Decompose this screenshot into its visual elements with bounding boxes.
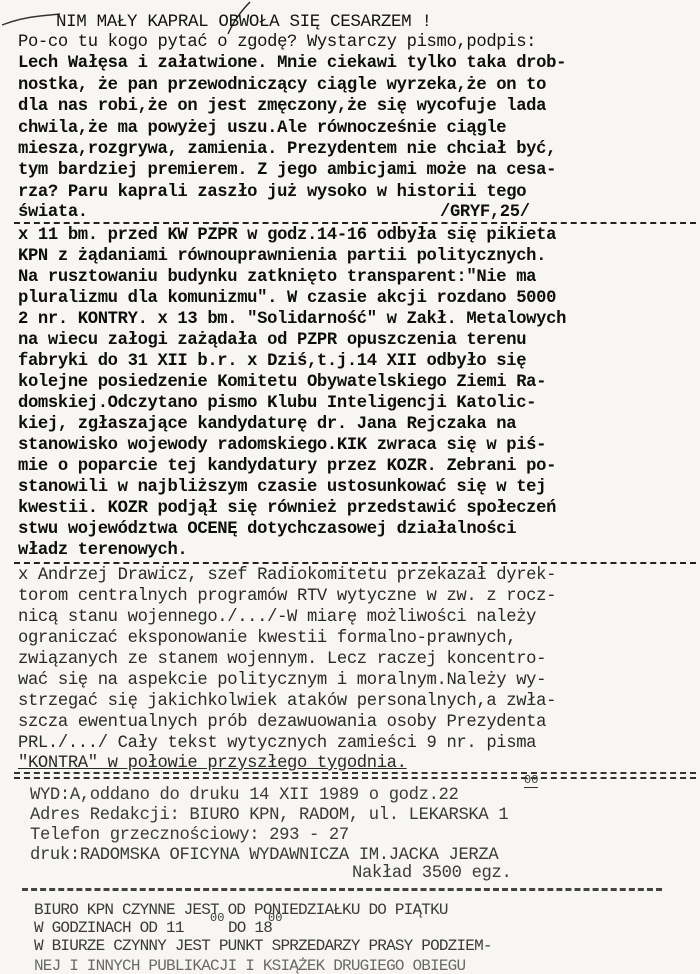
- document-title: NIM MAŁY KAPRAL OBWOŁA SIĘ CESARZEM !: [56, 12, 432, 32]
- text-line: pluralizmu dla komunizmu". W czasie akcj…: [18, 289, 556, 309]
- text-line: chwila,że ma powyżej uszu.Ale równocześn…: [18, 119, 506, 139]
- text-line: "KONTRA" w połowie przyszłego tygodnia.: [18, 754, 407, 774]
- text-line: ograniczać eksponowanie kwestii formalno…: [18, 629, 516, 649]
- text-line: stanowisko wojewody radomskiego.KIK zwra…: [18, 436, 546, 456]
- circulation-line: Nakład 3500 egz.: [352, 864, 511, 884]
- sales-line: NEJ I INNYCH PUBLIKACJI I KSIĄŻEK DRUGIE…: [34, 956, 465, 974]
- text-line: tym bardziej premierem. Z jego ambicjami…: [18, 161, 556, 181]
- signature: /GRYF,25/: [440, 203, 530, 223]
- office-hours-line: BIURO KPN CZYNNE JEST OD PONIEDZIAŁKU DO…: [34, 900, 448, 920]
- text-line: mie o poparcie tej kandydatury przez KOZ…: [18, 457, 556, 477]
- text-line: Lech Wałęsa i załatwione. Mnie ciekawi t…: [18, 54, 566, 74]
- text-line: Na rusztowaniu budynku zatknięto transpa…: [18, 268, 536, 288]
- text-line: PRL./.../ Cały tekst wytycznych zamieści…: [18, 734, 536, 754]
- text-line: kwestii. KOZR podjął się również przedst…: [18, 499, 556, 519]
- text-line: fabryki do 31 XII b.r. x Dziś,t.j.14 XII…: [18, 352, 526, 372]
- text-line: szcza ewentualnych prób dezawuowania oso…: [18, 713, 546, 733]
- separator-double: [14, 772, 696, 779]
- sales-line: W BIURZE CZYNNY JEST PUNKT SPRZEDARZY PR…: [34, 936, 492, 956]
- text-line: wać się na aspekcie politycznym i moraln…: [18, 671, 546, 691]
- text-line: 2 nr. KONTRY. x 13 bm. "Solidarność" w Z…: [18, 310, 566, 330]
- text-line: Po-co tu kogo pytać o zgodę? Wystarczy p…: [18, 33, 536, 53]
- text-line: miesza,rozgrywa, zamienia. Prezydentem n…: [18, 140, 556, 160]
- text-line: dla nas robi,że on jest zmęczony,że się …: [18, 97, 546, 117]
- separator: [22, 888, 662, 891]
- text-line: domskiej.Odczytano pismo Klubu Inteligen…: [18, 394, 536, 414]
- text-line: rza? Paru kaprali zaszło już wysoko w hi…: [18, 183, 526, 203]
- hours-to-minutes: 00: [268, 912, 282, 924]
- text-line: stwu województwa OCENĘ dotychczasowej dz…: [18, 520, 516, 540]
- text-line: związanych ze stanem wojennym. Lecz racz…: [18, 650, 546, 670]
- text-line: na wiecu załogi zażądała od PZPR opuszcz…: [18, 331, 526, 351]
- text-line: KPN z żądaniami równouprawnienia partii …: [18, 247, 546, 267]
- text-line: strzegać się jakichkolwiek ataków person…: [18, 692, 556, 712]
- text-line: x 11 bm. przed KW PZPR w godz.14-16 odby…: [18, 226, 556, 246]
- text-line: kiej, zgłaszające kandydaturę dr. Jana R…: [18, 415, 516, 435]
- phone-line: Telefon grzecznościowy: 293 - 27: [30, 826, 349, 846]
- office-hours-line: DO 18: [228, 918, 272, 938]
- text-line: nicą stanu wojennego./.../-W miarę możli…: [18, 608, 536, 628]
- separator: [14, 222, 696, 224]
- text-line: świata.: [18, 203, 88, 223]
- printer-line: druk:RADOMSKA OFICYNA WYDAWNICZA IM.JACK…: [30, 846, 498, 866]
- text-line: władz terenowych.: [18, 541, 187, 561]
- edition-line: WYD:A,oddano do druku 14 XII 1989 o godz…: [30, 786, 458, 806]
- document-page: NIM MAŁY KAPRAL OBWOŁA SIĘ CESARZEM ! Po…: [0, 0, 700, 974]
- address-line: Adres Redakcji: BIURO KPN, RADOM, ul. LE…: [30, 806, 508, 826]
- text-line: x Andrzej Drawicz, szef Radiokomitetu pr…: [18, 566, 556, 586]
- text-line: nostka, że pan przewodniczący ciągle wyr…: [18, 76, 546, 96]
- separator: [14, 562, 696, 564]
- hours-from-minutes: 00: [210, 912, 224, 924]
- office-hours-line: W GODZINACH OD 11: [34, 918, 184, 938]
- text-line: stanowili w najbliższym czasie ustosunko…: [18, 478, 546, 498]
- text-line: kolejne posiedzenie Komitetu Obywatelski…: [18, 373, 546, 393]
- text-line: torom centralnych programów RTV wytyczne…: [18, 587, 556, 607]
- edition-minutes: 00: [524, 774, 538, 788]
